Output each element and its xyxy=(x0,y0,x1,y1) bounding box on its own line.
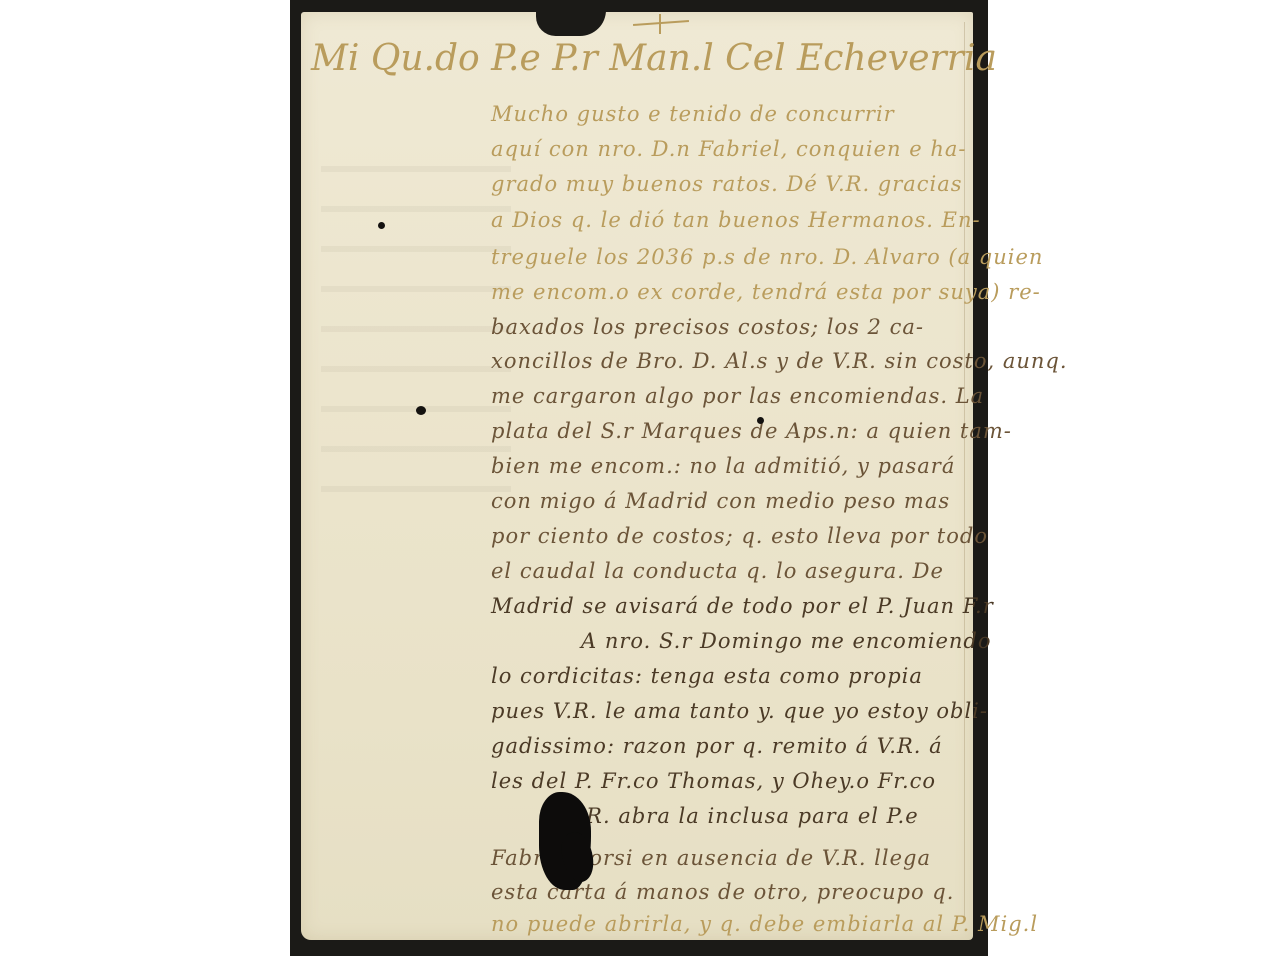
letter-line: lo cordicitas: tenga esta como propia xyxy=(491,664,923,688)
letter-line: les del P. Fr.co Thomas, y Ohey.o Fr.co xyxy=(491,769,936,793)
letter-line: Madrid se avisará de todo por el P. Juan… xyxy=(491,594,994,618)
letter-line: no puede abrirla, y q. debe embiarla al … xyxy=(491,912,1038,936)
paper-hole xyxy=(416,406,426,415)
ink-bleed-through xyxy=(321,132,511,492)
letter-line: aquí con nro. D.n Fabriel, conquien e ha… xyxy=(491,137,966,161)
letter-line: me cargaron algo por las encomiendas. La xyxy=(491,384,984,408)
letter-line: gadissimo: razon por q. remito á V.R. á xyxy=(491,734,943,758)
salutation: Mi Qu.do P.e P.r Man.l Cel Echeverria xyxy=(311,38,997,79)
letter-line: el caudal la conducta q. lo asegura. De xyxy=(491,559,944,583)
letter-line: V.R. abra la inclusa para el P.e xyxy=(566,804,919,828)
letter-line: pues V.R. le ama tanto y. que yo estoy o… xyxy=(491,699,988,723)
cross-mark-stem xyxy=(659,14,661,34)
letter-line: treguele los 2036 p.s de nro. D. Alvaro … xyxy=(491,245,1043,269)
manuscript-page: Mi Qu.do P.e P.r Man.l Cel Echeverria Mu… xyxy=(301,12,973,940)
letter-line: con migo á Madrid con medio peso mas xyxy=(491,489,950,513)
paper-hole xyxy=(757,417,764,424)
letter-line: A nro. S.r Domingo me encomiendo xyxy=(581,629,992,653)
letter-line: bien me encom.: no la admitió, y pasará xyxy=(491,454,955,478)
torn-edge xyxy=(536,10,606,36)
letter-line: plata del S.r Marques de Aps.n: a quien … xyxy=(491,419,1012,443)
letter-line: a Dios q. le dió tan buenos Hermanos. En… xyxy=(491,208,981,232)
letter-line: xoncillos de Bro. D. Al.s y de V.R. sin … xyxy=(491,349,1068,373)
letter-line: por ciento de costos; q. esto lleva por … xyxy=(491,524,988,548)
letter-line: me encom.o ex corde, tendrá esta por suy… xyxy=(491,280,1041,304)
letter-line: baxados los precisos costos; los 2 ca- xyxy=(491,315,924,339)
letter-line: Mucho gusto e tenido de concurrir xyxy=(491,102,895,126)
cross-mark-icon xyxy=(633,20,689,26)
letter-line: grado muy buenos ratos. Dé V.R. gracias xyxy=(491,172,963,196)
paper-hole xyxy=(378,222,385,229)
